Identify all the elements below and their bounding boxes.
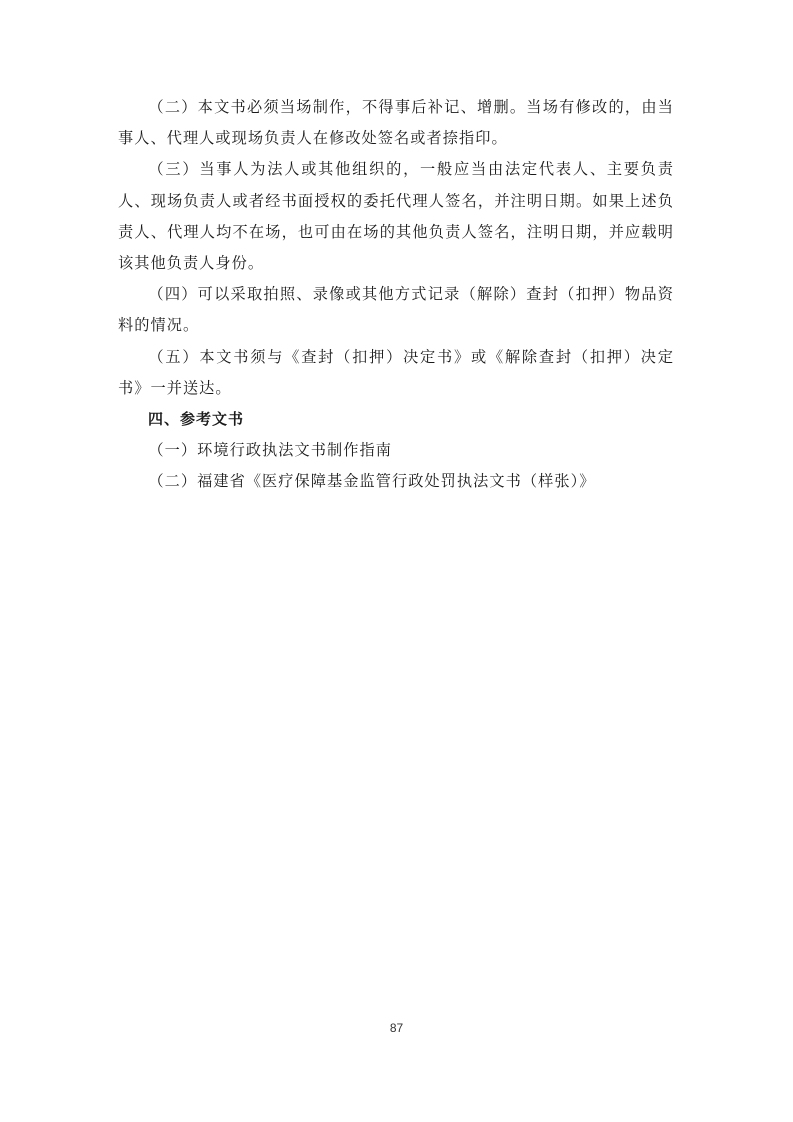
section-heading-reference-documents: 四、参考文书 bbox=[118, 404, 674, 435]
paragraph-item-4: （四）可以采取拍照、录像或其他方式记录（解除）查封（扣押）物品资料的情况。 bbox=[118, 279, 674, 341]
document-page: （二）本文书必须当场制作，不得事后补记、增删。当场有修改的，由当事人、代理人或现… bbox=[118, 92, 674, 498]
reference-item-2: （二）福建省《医疗保障基金监管行政处罚执法文书（样张）》 bbox=[118, 466, 674, 497]
page-number: 87 bbox=[0, 1021, 793, 1035]
paragraph-item-3: （三）当事人为法人或其他组织的，一般应当由法定代表人、主要负责人、现场负责人或者… bbox=[118, 154, 674, 279]
paragraph-item-2: （二）本文书必须当场制作，不得事后补记、增删。当场有修改的，由当事人、代理人或现… bbox=[118, 92, 674, 154]
reference-item-1: （一）环境行政执法文书制作指南 bbox=[118, 435, 674, 466]
paragraph-item-5: （五）本文书须与《查封（扣押）决定书》或《解除查封（扣押）决定书》一并送达。 bbox=[118, 342, 674, 404]
